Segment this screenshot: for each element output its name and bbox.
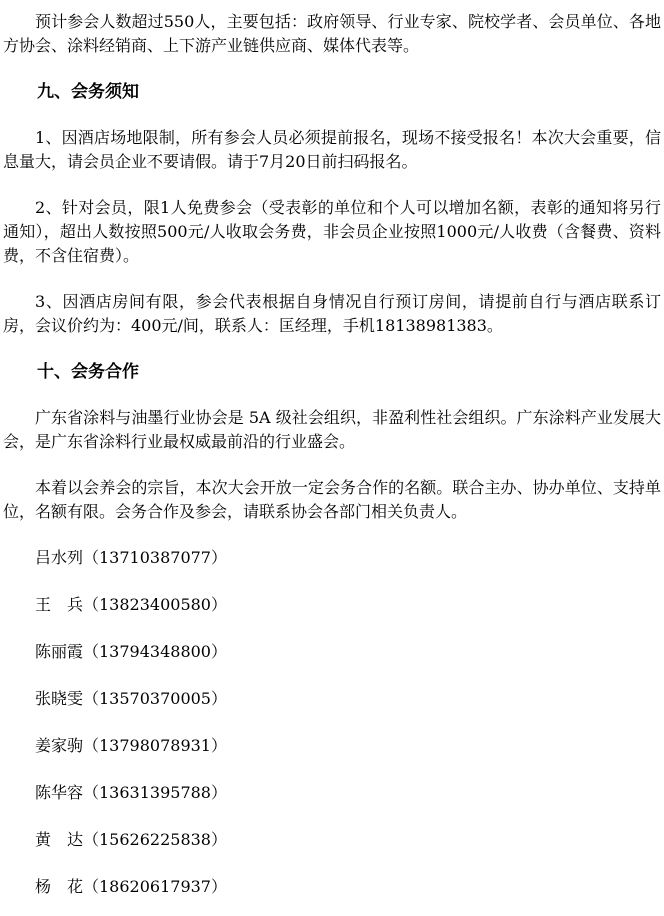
intro-paragraph: 预计参会人数超过550人，主要包括：政府领导、行业专家、院校学者、会员单位、各地… (3, 10, 661, 58)
contact-line-huangda: 黄 达（15626225838） (3, 828, 661, 852)
notice-item-1: 1、因酒店场地限制，所有参会人员必须提前报名，现场不接受报名！本次大会重要，信息… (3, 126, 661, 174)
notice-item-2: 2、针对会员，限1人免费参会（受表彰的单位和个人可以增加名额，表彰的通知将另行通… (3, 196, 661, 268)
document-page: 预计参会人数超过550人，主要包括：政府领导、行业专家、院校学者、会员单位、各地… (0, 0, 664, 899)
notice-item-3: 3、因酒店房间有限，参会代表根据自身情况自行预订房间，请提前自行与酒店联系订房，… (3, 290, 661, 338)
contact-line-lvshuilie: 吕水列（13710387077） (3, 546, 661, 570)
contact-line-wangbing: 王 兵（13823400580） (3, 593, 661, 617)
cooperation-paragraph-1: 广东省涂料与油墨行业协会是 5A 级社会组织，非盈利性社会组织。广东涂料产业发展… (3, 406, 661, 454)
contact-line-zhangxiaowen: 张晓雯（13570370005） (3, 687, 661, 711)
contact-line-jiangjiaju: 姜家驹（13798078931） (3, 734, 661, 758)
section-9-heading: 九、会务须知 (3, 80, 661, 104)
cooperation-paragraph-2: 本着以会养会的宗旨，本次大会开放一定会务合作的名额。联合主办、协办单位、支持单位… (3, 476, 661, 524)
contact-line-chenlixia: 陈丽霞（13794348800） (3, 640, 661, 664)
contact-line-yanghua: 杨 花（18620617937） (3, 875, 661, 899)
section-10-heading: 十、会务合作 (3, 360, 661, 384)
contact-line-chenhuarong: 陈华容（13631395788） (3, 781, 661, 805)
